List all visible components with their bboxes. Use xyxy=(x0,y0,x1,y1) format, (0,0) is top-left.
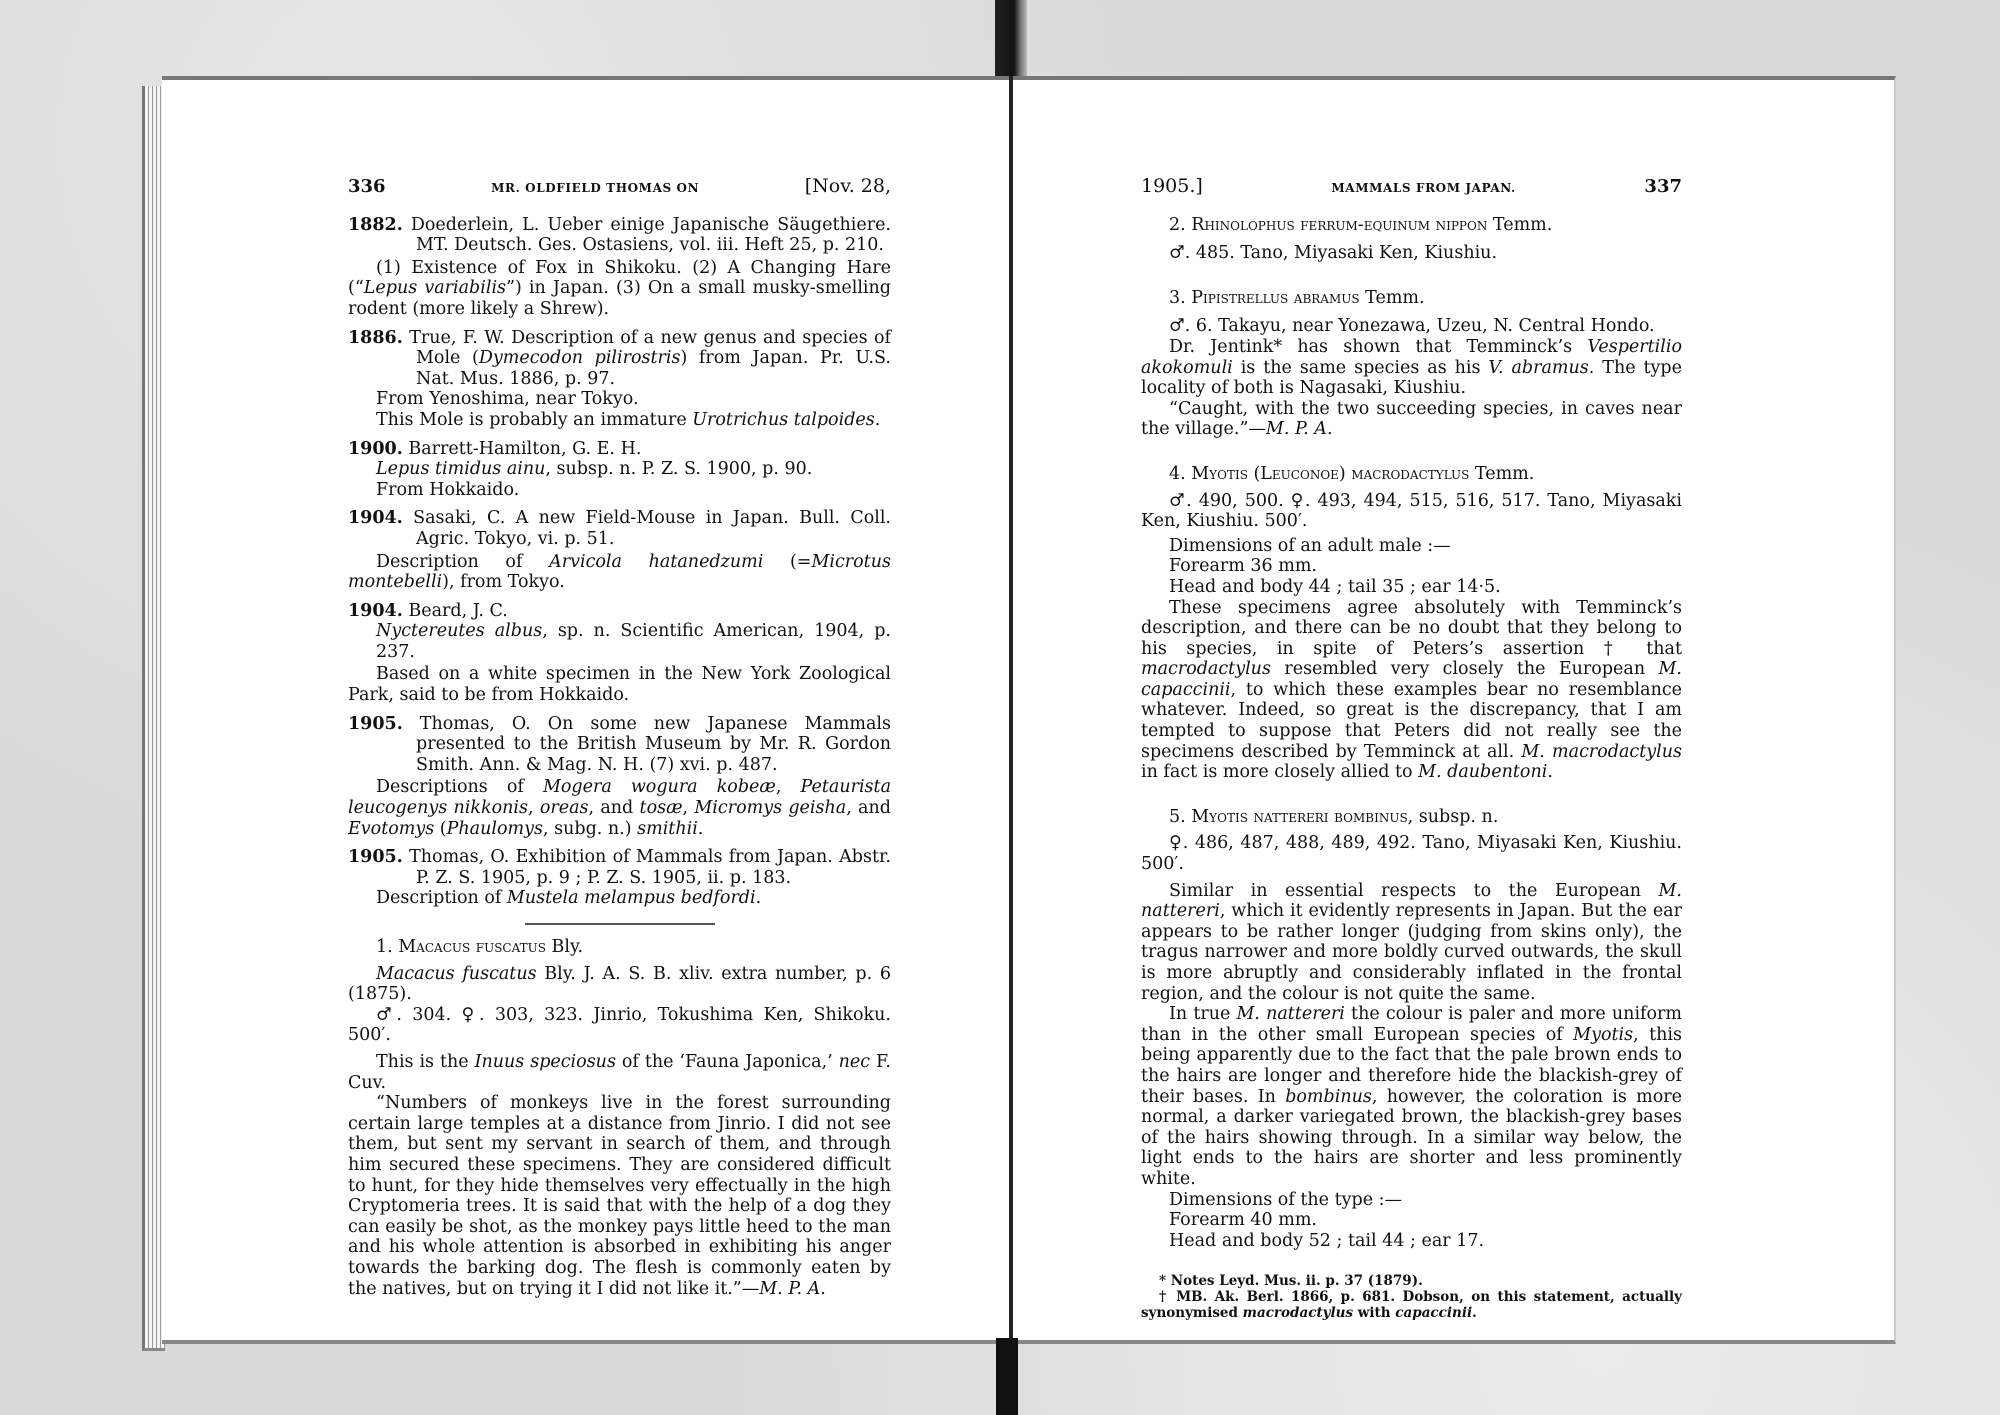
reference-entry: 1886. True, F. W. Description of a new g… xyxy=(348,328,891,431)
reference-citation: 1905. Thomas, O. On some new Japanese Ma… xyxy=(348,714,891,776)
paragraph: Dr. Jentink* has shown that Temminck’s V… xyxy=(1141,337,1682,399)
text-line: Head and body 44 ; tail 35 ; ear 14·5. xyxy=(1169,577,1682,598)
reference-citation: 1905. Thomas, O. Exhibition of Mammals f… xyxy=(348,847,891,888)
species-entry-4: 4. Myotis (Leuconoe) macrodactylus Temm.… xyxy=(1141,464,1682,783)
specimens: ♀. 486, 487, 488, 489, 492. Tano, Miyasa… xyxy=(1141,833,1682,874)
book-spine-bottom xyxy=(996,1338,1018,1415)
reference-entry: 1882. Doederlein, L. Ueber einige Japani… xyxy=(348,215,891,320)
reference-entry: 1904. Beard, J. C.Nyctereutes albus, sp.… xyxy=(348,601,891,706)
dimensions: Dimensions of an adult male :—Forearm 36… xyxy=(1141,536,1682,598)
running-date: [Nov. 28, xyxy=(805,176,891,197)
species-entry-1: 1. Macacus fuscatus Bly. Macacus fuscatu… xyxy=(348,937,891,1299)
species-heading: 1. Macacus fuscatus Bly. xyxy=(348,937,891,958)
right-page: 1905.] MAMMALS FROM JAPAN. 337 2. Rhinol… xyxy=(1013,76,1896,1344)
reference-note: From Yenoshima, near Tokyo. xyxy=(348,389,891,410)
running-title: MR. OLDFIELD THOMAS ON xyxy=(491,178,699,199)
reference-list: 1882. Doederlein, L. Ueber einige Japani… xyxy=(348,215,891,909)
paragraph: Similar in essential respects to the Eur… xyxy=(1141,881,1682,1005)
dimensions: Dimensions of the type :—Forearm 40 mm.H… xyxy=(1141,1190,1682,1252)
reference-citation: 1882. Doederlein, L. Ueber einige Japani… xyxy=(348,215,891,256)
reference-citation: 1900. Barrett-Hamilton, G. E. H. xyxy=(348,439,891,460)
synonymy: Macacus fuscatus Bly. J. A. S. B. xliv. … xyxy=(348,964,891,1005)
section-divider xyxy=(525,923,715,925)
remark: This is the Inuus speciosus of the ‘Faun… xyxy=(348,1052,891,1093)
reference-citation: 1904. Beard, J. C. xyxy=(348,601,891,622)
reference-citation: 1904. Sasaki, C. A new Field-Mouse in Ja… xyxy=(348,508,891,549)
specimens: ♂. 304. ♀. 303, 323. Jinrio, Tokushima K… xyxy=(348,1005,891,1046)
text-line: Forearm 40 mm. xyxy=(1169,1210,1682,1231)
right-text-column: 1905.] MAMMALS FROM JAPAN. 337 2. Rhinol… xyxy=(1141,176,1682,1321)
species-entry-3: 3. Pipistrellus abramus Temm. ♂. 6. Taka… xyxy=(1141,288,1682,440)
reference-note: Based on a white specimen in the New Yor… xyxy=(348,664,891,705)
species-heading: 2. Rhinolophus ferrum-equinum nippon Tem… xyxy=(1141,215,1682,236)
reference-citation: 1886. True, F. W. Description of a new g… xyxy=(348,328,891,390)
running-date: 1905.] xyxy=(1141,176,1203,197)
left-text-column: 336 MR. OLDFIELD THOMAS ON [Nov. 28, 188… xyxy=(348,176,891,1299)
footnote: * Notes Leyd. Mus. ii. p. 37 (1879). xyxy=(1141,1273,1682,1289)
species-heading: 5. Myotis nattereri bombinus, subsp. n. xyxy=(1141,807,1682,828)
footnotes: * Notes Leyd. Mus. ii. p. 37 (1879).† MB… xyxy=(1141,1273,1682,1321)
reference-entry: 1904. Sasaki, C. A new Field-Mouse in Ja… xyxy=(348,508,891,592)
collector-quote: “Numbers of monkeys live in the forest s… xyxy=(348,1093,891,1299)
paragraph: In true M. nattereri the colour is paler… xyxy=(1141,1004,1682,1189)
running-head-left: 336 MR. OLDFIELD THOMAS ON [Nov. 28, xyxy=(348,176,891,199)
reference-note: Nyctereutes albus, sp. n. Scientific Ame… xyxy=(348,621,891,662)
specimens: ♂. 490, 500. ♀. 493, 494, 515, 516, 517.… xyxy=(1141,491,1682,532)
text-line: Forearm 36 mm. xyxy=(1169,556,1682,577)
book-spine-top xyxy=(995,0,1027,80)
page-number: 336 xyxy=(348,177,386,198)
page-number: 337 xyxy=(1644,177,1682,198)
reference-note: Description of Arvicola hatanedzumi (=Mi… xyxy=(348,552,891,593)
reference-note: Descriptions of Mogera wogura kobeæ, Pet… xyxy=(348,777,891,839)
text-line: Dimensions of the type :— xyxy=(1169,1190,1682,1211)
species-heading: 3. Pipistrellus abramus Temm. xyxy=(1141,288,1682,309)
specimens: ♂. 6. Takayu, near Yonezawa, Uzeu, N. Ce… xyxy=(1141,316,1682,337)
paragraph: These specimens agree absolutely with Te… xyxy=(1141,598,1682,783)
left-page: 336 MR. OLDFIELD THOMAS ON [Nov. 28, 188… xyxy=(162,76,1011,1344)
text-line: Dimensions of an adult male :— xyxy=(1169,536,1682,557)
species-entry-5: 5. Myotis nattereri bombinus, subsp. n. … xyxy=(1141,807,1682,1251)
text-line: Head and body 52 ; tail 44 ; ear 17. xyxy=(1169,1231,1682,1252)
species-heading: 4. Myotis (Leuconoe) macrodactylus Temm. xyxy=(1141,464,1682,485)
running-title: MAMMALS FROM JAPAN. xyxy=(1331,178,1515,199)
specimens: ♂. 485. Tano, Miyasaki Ken, Kiushiu. xyxy=(1141,243,1682,264)
reference-note: This Mole is probably an immature Urotri… xyxy=(348,410,891,431)
reference-note: (1) Existence of Fox in Shikoku. (2) A C… xyxy=(348,258,891,320)
reference-note: Description of Mustela melampus bedfordi… xyxy=(348,888,891,909)
reference-note: From Hokkaido. xyxy=(348,480,891,501)
collector-quote: “Caught, with the two succeeding species… xyxy=(1141,399,1682,440)
reference-note: Lepus timidus ainu, subsp. n. P. Z. S. 1… xyxy=(348,459,891,480)
running-head-right: 1905.] MAMMALS FROM JAPAN. 337 xyxy=(1141,176,1682,199)
species-entry-2: 2. Rhinolophus ferrum-equinum nippon Tem… xyxy=(1141,215,1682,264)
reference-entry: 1900. Barrett-Hamilton, G. E. H.Lepus ti… xyxy=(348,439,891,501)
reference-entry: 1905. Thomas, O. On some new Japanese Ma… xyxy=(348,714,891,840)
reference-entry: 1905. Thomas, O. Exhibition of Mammals f… xyxy=(348,847,891,909)
footnote: † MB. Ak. Berl. 1866, p. 681. Dobson, on… xyxy=(1141,1289,1682,1321)
